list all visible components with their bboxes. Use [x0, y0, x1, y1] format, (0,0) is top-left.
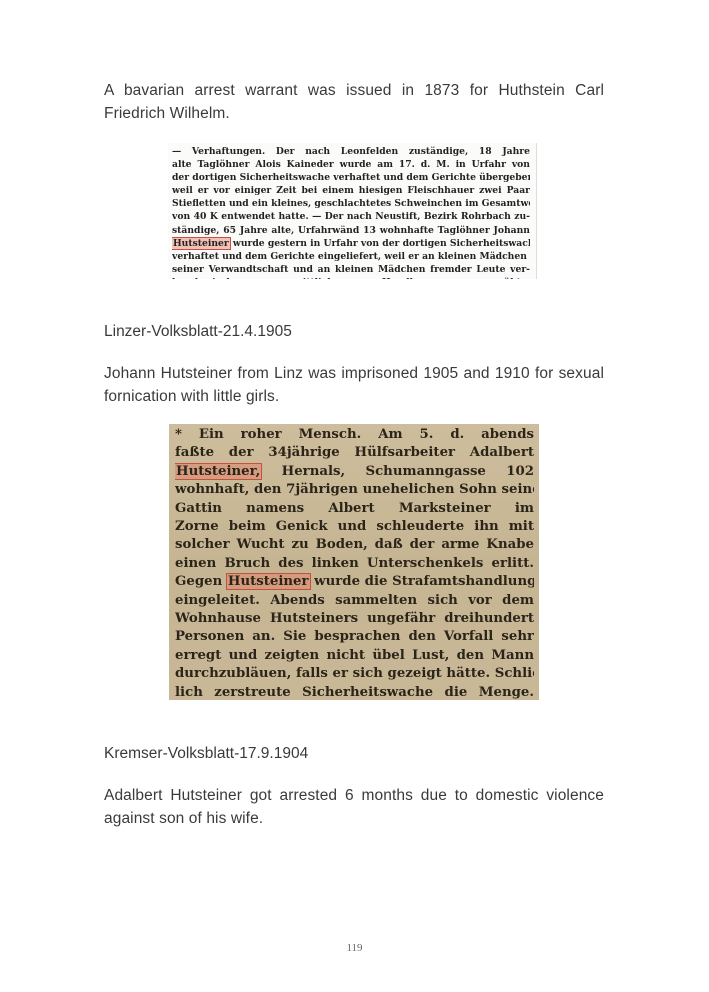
- clipping-line: eingeleitet. Abends sammelten sich vor d…: [175, 592, 534, 610]
- caption-kremser-volksblatt: Kremser-Volksblatt-17.9.1904: [104, 744, 308, 764]
- clipping-line: erregt und zeigten nicht übel Lust, den …: [175, 647, 534, 665]
- clipping-line: Gattin namens Albert Marksteiner im: [175, 500, 534, 518]
- clipping-text: * Ein roher Mensch. Am 5. d. abendsfaßte…: [169, 424, 539, 700]
- clipping-line: einen Bruch des linken Unterschenkels er…: [175, 555, 534, 573]
- clipping-line: lich zerstreute Sicherheitswache die Men…: [175, 684, 534, 700]
- clipping-line: brecherische, unsittliche Handlungen ver…: [172, 276, 530, 279]
- clipping-line: seiner Verwandtschaft und an kleinen Mäd…: [172, 263, 530, 276]
- clipping-line: durchzubläuen, falls er sich gezeigt hät…: [175, 665, 534, 683]
- clipping-line: weil er vor einiger Zeit bei einem hiesi…: [172, 184, 530, 197]
- newspaper-clipping-linzer-volksblatt: — Verhaftungen. Der nach Leonfelden zust…: [168, 143, 537, 279]
- clipping-line: Stiefletten und ein kleines, geschlachte…: [172, 197, 530, 210]
- clipping-text: — Verhaftungen. Der nach Leonfelden zust…: [168, 143, 536, 279]
- highlighted-name: Hutsteiner: [227, 574, 310, 589]
- caption-linzer-volksblatt: Linzer-Volksblatt-21.4.1905: [104, 322, 292, 342]
- clipping-line: * Ein roher Mensch. Am 5. d. abends: [175, 426, 534, 444]
- clipping-line: faßte der 34jährige Hülfsarbeiter Adalbe…: [175, 444, 534, 462]
- clipping-line: solcher Wucht zu Boden, daß der arme Kna…: [175, 536, 534, 554]
- clipping-line: Personen an. Sie besprachen den Vorfall …: [175, 628, 534, 646]
- paragraph-huthstein-warrant: A bavarian arrest warrant was issued in …: [104, 79, 604, 125]
- paragraph-adalbert-hutsteiner: Adalbert Hutsteiner got arrested 6 month…: [104, 784, 604, 830]
- clipping-line: — Verhaftungen. Der nach Leonfelden zust…: [172, 145, 530, 158]
- clipping-line: Hutsteiner, Hernals, Schumanngasse 102: [175, 463, 534, 481]
- clipping-line: Zorne beim Genick und schleuderte ihn mi…: [175, 518, 534, 536]
- clipping-line: alte Taglöhner Alois Kaineder wurde am 1…: [172, 158, 530, 171]
- highlighted-name: Hutsteiner,: [175, 464, 261, 479]
- clipping-line: ständige, 65 Jahre alte, Urfahrwänd 13 w…: [172, 224, 530, 237]
- clipping-line: wohnhaft, den 7jährigen unehelichen Sohn…: [175, 481, 534, 499]
- clipping-line: verhaftet und dem Gerichte eingeliefert,…: [172, 250, 530, 263]
- clipping-line: von 40 K entwendet hatte. — Der nach Neu…: [172, 210, 530, 223]
- clipping-line: Gegen Hutsteiner wurde die Strafamtshand…: [175, 573, 534, 591]
- paragraph-johann-hutsteiner: Johann Hutsteiner from Linz was imprison…: [104, 362, 604, 408]
- page-number: 119: [0, 942, 709, 954]
- newspaper-clipping-kremser-volksblatt: * Ein roher Mensch. Am 5. d. abendsfaßte…: [169, 424, 539, 700]
- clipping-line: der dortigen Sicherheitswache verhaftet …: [172, 171, 530, 184]
- highlighted-name: Hutsteiner: [172, 238, 230, 249]
- clipping-line: Hutsteiner wurde gestern in Urfahr von d…: [172, 237, 530, 250]
- clipping-line: Wohnhause Hutsteiners ungefähr dreihunde…: [175, 610, 534, 628]
